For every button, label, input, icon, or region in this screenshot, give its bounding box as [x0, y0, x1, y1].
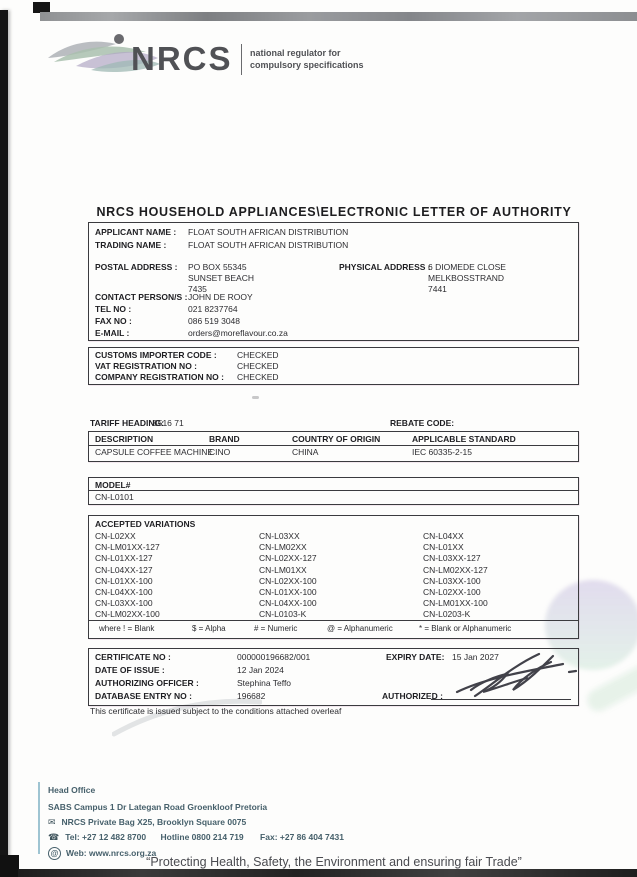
certificate-no-value: 000000196682/001: [237, 652, 310, 662]
contact-person-value: JOHN DE ROOY: [188, 292, 253, 302]
footer-postal-address: NRCS Private Bag X25, Brooklyn Square 00…: [62, 817, 247, 827]
database-entry-label: DATABASE ENTRY NO :: [95, 691, 192, 701]
variation-item: CN-L01XX: [423, 542, 488, 553]
date-of-issue-label: DATE OF ISSUE :: [95, 665, 165, 675]
customs-code-label: CUSTOMS IMPORTER CODE :: [95, 350, 217, 360]
footer-hotline: Hotline 0800 214 719: [161, 832, 244, 842]
variation-item: CN-L0203-K: [423, 609, 488, 620]
footer-address-campus: SABS Campus 1 Dr Lategan Road Groenkloof…: [48, 802, 267, 812]
variation-item: CN-L0103-K: [259, 609, 317, 620]
physical-line-2: MELKBOSSTRAND: [428, 273, 506, 284]
variation-item: CN-L04XX-100: [259, 598, 317, 609]
postal-address-label: POSTAL ADDRESS :: [95, 262, 178, 272]
col-header-country: COUNTRY OF ORIGIN: [292, 434, 380, 444]
legend-numeric: # = Numeric: [254, 624, 297, 633]
cell-standard: IEC 60335-2-15: [412, 447, 472, 457]
legend-divider: [89, 620, 578, 621]
vat-reg-value: CHECKED: [237, 361, 279, 371]
variation-item: CN-L03XX-100: [423, 576, 488, 587]
tariff-heading-value: 8516 71: [153, 418, 184, 428]
legend-alpha: $ = Alpha: [192, 624, 226, 633]
expiry-date-label: EXPIRY DATE:: [386, 652, 444, 662]
rebate-code: REBATE CODE:: [390, 418, 454, 428]
model-header: MODEL#: [95, 480, 130, 490]
physical-line-1: 6 DIOMEDE CLOSE: [428, 262, 506, 273]
col-header-brand: BRAND: [209, 434, 240, 444]
footer-fax: Fax: +27 86 404 7431: [260, 832, 344, 842]
variation-item: CN-L04XX: [423, 531, 488, 542]
authorized-signature: [441, 646, 581, 700]
legend-alphanumeric: @ = Alphanumeric: [327, 624, 393, 633]
nrcs-wordmark: NRCS: [131, 40, 233, 78]
logo-tagline-line2: compulsory specifications: [250, 59, 364, 71]
trading-name-label: TRADING NAME :: [95, 240, 166, 250]
scan-corner-bottom-left: [0, 855, 19, 877]
tel-value: 021 8237764: [188, 304, 238, 314]
variations-header: ACCEPTED VARIATIONS: [95, 519, 195, 529]
variations-column-1: CN-L02XX CN-LM01XX-127 CN-L01XX-127 CN-L…: [95, 531, 160, 621]
bottom-tagline: “Protecting Health, Safety, the Environm…: [88, 855, 580, 869]
footer-head-office: Head Office: [48, 785, 95, 795]
database-entry-value: 196682: [237, 691, 265, 701]
document-title: NRCS HOUSEHOLD APPLIANCES\ELECTRONIC LET…: [88, 205, 580, 219]
variation-item: CN-L02XX-100: [423, 587, 488, 598]
variation-item: CN-L04XX-127: [95, 565, 160, 576]
customs-code-value: CHECKED: [237, 350, 279, 360]
registration-codes-box: CUSTOMS IMPORTER CODE : CHECKED VAT REGI…: [88, 347, 579, 385]
authorizing-officer-label: AUTHORIZING OFFICER :: [95, 678, 199, 688]
conditions-footnote: This certificate is issued subject to th…: [90, 706, 341, 716]
date-of-issue-value: 12 Jan 2024: [237, 665, 284, 675]
variation-item: CN-L03XX-100: [95, 598, 160, 609]
applicant-info-box: APPLICANT NAME : FLOAT SOUTH AFRICAN DIS…: [88, 222, 579, 341]
cell-country: CHINA: [292, 447, 318, 457]
variation-item: CN-L02XX: [95, 531, 160, 542]
variation-item: CN-L01XX-100: [95, 576, 160, 587]
tel-label: TEL NO :: [95, 304, 131, 314]
scan-edge-left: [0, 10, 8, 877]
model-value: CN-L0101: [95, 492, 134, 502]
product-table: DESCRIPTION BRAND COUNTRY OF ORIGIN APPL…: [88, 431, 579, 462]
mail-icon: ✉: [48, 818, 56, 828]
scanned-document-page: NRCS national regulator for compulsory s…: [0, 0, 637, 877]
variation-item: CN-L01XX-127: [95, 553, 160, 564]
legend-blank-or-alphanumeric: * = Blank or Alphanumeric: [419, 624, 511, 633]
scan-speck: [252, 396, 259, 399]
model-box: MODEL# CN-L0101: [88, 477, 579, 505]
postal-line-2: SUNSET BEACH: [188, 273, 254, 284]
variation-item: CN-L01XX-100: [259, 587, 317, 598]
variation-item: CN-LM02XX-127: [423, 565, 488, 576]
scan-stripe-top: [40, 12, 637, 21]
variation-item: CN-LM01XX-100: [423, 598, 488, 609]
certificate-box: CERTIFICATE NO : 000000196682/001 EXPIRY…: [88, 648, 579, 706]
physical-address-label: PHYSICAL ADDRESS :: [339, 262, 431, 272]
variation-item: CN-L03XX-127: [423, 553, 488, 564]
fax-value: 086 519 3048: [188, 316, 240, 326]
variation-item: CN-LM02XX-100: [95, 609, 160, 620]
physical-address-value: 6 DIOMEDE CLOSE MELKBOSSTRAND 7441: [428, 262, 506, 295]
applicant-name-value: FLOAT SOUTH AFRICAN DISTRIBUTION: [188, 227, 348, 237]
variation-item: CN-L04XX-100: [95, 587, 160, 598]
legend-blank: where ! = Blank: [99, 624, 154, 633]
company-reg-value: CHECKED: [237, 372, 279, 382]
variation-item: CN-LM01XX: [259, 565, 317, 576]
footer-postal-row: ✉NRCS Private Bag X25, Brooklyn Square 0…: [48, 817, 246, 828]
applicant-name-label: APPLICANT NAME :: [95, 227, 176, 237]
logo-tagline: national regulator for compulsory specif…: [250, 47, 364, 71]
postal-line-1: PO BOX 55345: [188, 262, 254, 273]
company-reg-label: COMPANY REGISTRATION NO :: [95, 372, 224, 382]
footer-phone-row: ☎Tel: +27 12 482 8700 Hotline 0800 214 7…: [48, 832, 344, 843]
variation-item: CN-L02XX-100: [259, 576, 317, 587]
email-value: orders@moreflavour.co.za: [188, 328, 288, 338]
variation-item: CN-L02XX-127: [259, 553, 317, 564]
phone-icon: ☎: [48, 833, 59, 843]
logo-tagline-line1: national regulator for: [250, 47, 364, 59]
variation-item: CN-LM02XX: [259, 542, 317, 553]
footer-tel: Tel: +27 12 482 8700: [65, 832, 146, 842]
variations-column-2: CN-L03XX CN-LM02XX CN-L02XX-127 CN-LM01X…: [259, 531, 317, 621]
logo-divider: [241, 44, 242, 75]
table-divider: [89, 445, 578, 446]
email-label: E-MAIL :: [95, 328, 129, 338]
cell-description: CAPSULE COFFEE MACHINE: [95, 447, 213, 457]
physical-line-3: 7441: [428, 284, 506, 295]
col-header-description: DESCRIPTION: [95, 434, 153, 444]
variation-item: CN-L03XX: [259, 531, 317, 542]
col-header-standard: APPLICABLE STANDARD: [412, 434, 516, 444]
postal-address-value: PO BOX 55345 SUNSET BEACH 7435: [188, 262, 254, 295]
authorizing-officer-value: Stephina Teffo: [237, 678, 291, 688]
variations-column-3: CN-L04XX CN-L01XX CN-L03XX-127 CN-LM02XX…: [423, 531, 488, 621]
trading-name-value: FLOAT SOUTH AFRICAN DISTRIBUTION: [188, 240, 348, 250]
vat-reg-label: VAT REGISTRATION NO :: [95, 361, 197, 371]
at-icon: @: [48, 847, 61, 860]
contact-person-label: CONTACT PERSON/S :: [95, 292, 187, 302]
accepted-variations-box: ACCEPTED VARIATIONS CN-L02XX CN-LM01XX-1…: [88, 515, 579, 639]
cell-brand: CINO: [209, 447, 230, 457]
variation-item: CN-LM01XX-127: [95, 542, 160, 553]
footer-accent-line: [38, 782, 40, 854]
certificate-no-label: CERTIFICATE NO :: [95, 652, 171, 662]
scan-edge-bottom: [18, 869, 637, 877]
fax-label: FAX NO :: [95, 316, 132, 326]
model-divider: [89, 490, 578, 491]
rebate-code-label: REBATE CODE:: [390, 418, 454, 428]
